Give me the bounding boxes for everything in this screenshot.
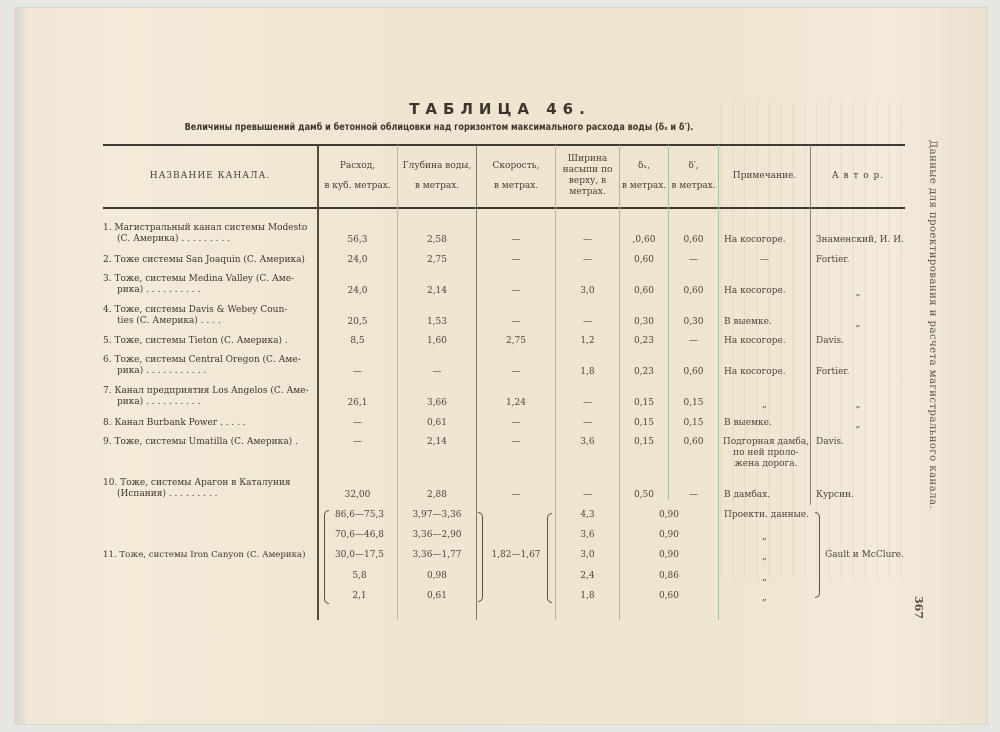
left-brace	[547, 513, 552, 603]
row-11-flow-1: 86,6—75,3	[320, 510, 399, 521]
row-1-depth: 2,58	[398, 235, 476, 246]
row-5-width: 1,2	[556, 336, 619, 347]
row-8-width: —	[556, 418, 619, 429]
table-title: ТАБЛИЦА 46.	[0, 100, 1000, 118]
row-8-name: 8. Канал Burbank Power . . . . .	[103, 418, 315, 429]
table-subtitle: Величины превышений дамб и бетонной обли…	[124, 122, 754, 133]
row-10-depth: 2,88	[398, 490, 476, 501]
header-author: А в т о р.	[811, 146, 905, 206]
header-width: Ширина насыпи по верху, в метрах.	[556, 146, 619, 206]
row-9-note: Подгорная дамба,по ней проло-жена дорога…	[722, 437, 810, 470]
row-5-name: 5. Тоже, системы Tieton (С. Америка) .	[103, 336, 315, 347]
header-label: δ′,	[688, 161, 698, 172]
row-11-depth-5: 0,61	[398, 591, 476, 602]
row-11-width-4: 2,4	[556, 571, 619, 582]
row-4-width: —	[556, 317, 619, 328]
row-4-delta-prime: 0,30	[669, 317, 718, 328]
row-10-author: Курсин.	[816, 490, 854, 501]
row-3-depth: 2,14	[398, 286, 476, 297]
row-11-depth-2: 3,36—2,90	[398, 530, 476, 541]
row-11-flow-4: 5,8	[320, 571, 399, 582]
row-1-author: Знаменский, И. И.	[816, 235, 904, 246]
row-11-flow-5: 2,1	[320, 591, 399, 602]
row-4-flow: 20,5	[318, 317, 397, 328]
row-11-flow-3: 30,0—17,5	[320, 550, 399, 561]
row-11-depth-1: 3,97—3,36	[398, 510, 476, 521]
row-6-author: Fortier.	[816, 367, 849, 378]
row-2-delta-x: 0,60	[620, 255, 668, 266]
row-2-author: Fortier.	[816, 255, 849, 266]
row-11-delta-1: 0,90	[620, 510, 718, 521]
row-8-flow: —	[318, 418, 397, 429]
row-8-speed: —	[477, 418, 555, 429]
row-4-author: „	[811, 319, 905, 330]
column-divider	[718, 145, 719, 620]
right-brace	[815, 512, 820, 598]
row-2-depth: 2,75	[398, 255, 476, 266]
row-11-note-2: „	[719, 532, 810, 543]
row-5-note: На косогоре.	[724, 336, 786, 347]
header-flow: Расход,в куб. метрах.	[318, 146, 397, 206]
row-1-speed: —	[477, 235, 555, 246]
column-divider	[619, 145, 620, 620]
row-7-name: 7. Канал предприятия Los Angelos (С. Аме…	[103, 386, 315, 408]
row-7-flow: 26,1	[318, 398, 397, 409]
header-label: Ширина насыпи по верху, в метрах.	[560, 154, 615, 198]
row-11-flow-2: 70,6—46,8	[320, 530, 399, 541]
row-4-delta-x: 0,30	[620, 317, 668, 328]
row-11-depth-4: 0,98	[398, 571, 476, 582]
header-bottom-rule	[103, 207, 905, 209]
row-10-delta-prime: —	[669, 490, 718, 501]
column-divider	[555, 145, 556, 620]
row-1-name: 1. Магистральный канал системы Modesto(С…	[103, 223, 315, 245]
header-label: δₓ,	[638, 161, 650, 172]
row-9-author: Davis.	[816, 437, 844, 448]
row-10-name: 10. Тоже, системы Арагон в Каталуния(Исп…	[103, 478, 315, 500]
header-sublabel: в метрах.	[622, 181, 666, 192]
row-6-speed: —	[477, 367, 555, 378]
row-1-delta-prime: 0,60	[669, 235, 718, 246]
column-divider	[476, 145, 477, 620]
header-sublabel: в метрах.	[415, 181, 459, 192]
column-divider	[397, 145, 398, 620]
row-5-speed: 2,75	[477, 336, 555, 347]
header-label: НАЗВАНИЕ КАНАЛА.	[150, 171, 270, 182]
row-5-delta-x: 0,23	[620, 336, 668, 347]
row-10-note: В дамбах.	[724, 490, 770, 501]
row-6-depth: —	[398, 367, 476, 378]
row-8-delta-x: 0,15	[620, 418, 668, 429]
row-5-delta-prime: —	[669, 336, 718, 347]
row-5-flow: 8,5	[318, 336, 397, 347]
row-7-delta-prime: 0,15	[669, 398, 718, 409]
row-1-note: На косогоре.	[724, 235, 786, 246]
row-7-delta-x: 0,15	[620, 398, 668, 409]
row-11-delta-2: 0,90	[620, 530, 718, 541]
header-label: Глубина воды,	[403, 161, 472, 172]
row-3-note: На косогоре.	[724, 286, 786, 297]
row-7-width: —	[556, 398, 619, 409]
row-5-depth: 1,60	[398, 336, 476, 347]
row-4-depth: 1,53	[398, 317, 476, 328]
row-7-speed: 1,24	[477, 398, 555, 409]
row-11-note-4: „	[719, 573, 810, 584]
row-9-flow: —	[318, 437, 397, 448]
row-8-author: „	[811, 420, 905, 431]
running-head: Данные для проектирования и расчета маги…	[908, 140, 938, 620]
header-delta-prime: δ′,в метрах.	[669, 146, 718, 206]
row-11-note-1: Проекти. данные.	[724, 510, 809, 521]
row-7-note: „	[719, 400, 810, 411]
row-6-width: 1,8	[556, 367, 619, 378]
row-11-width-3: 3,0	[556, 550, 619, 561]
header-label: А в т о р.	[832, 171, 884, 182]
row-9-depth: 2,14	[398, 437, 476, 448]
page-number: 367	[912, 596, 925, 619]
row-11-delta-5: 0,60	[620, 591, 718, 602]
row-11-name: 11. Тоже, системы Iron Canyon (С. Америк…	[103, 550, 315, 561]
row-9-delta-x: 0,15	[620, 437, 668, 448]
header-delta-x: δₓ,в метрах.	[620, 146, 668, 206]
row-11-width-2: 3,6	[556, 530, 619, 541]
row-2-speed: —	[477, 255, 555, 266]
row-3-flow: 24,0	[318, 286, 397, 297]
row-1-delta-x: ,0,60	[620, 235, 668, 246]
row-10-speed: —	[477, 490, 555, 501]
row-4-note: В выемке.	[724, 317, 772, 328]
header-speed: Скорость,в метрах.	[477, 146, 555, 206]
row-5-author: Davis.	[816, 336, 844, 347]
row-3-delta-prime: 0,60	[669, 286, 718, 297]
row-11-note-3: „	[719, 552, 810, 563]
row-2-flow: 24,0	[318, 255, 397, 266]
row-11-speed: 1,82—1,67	[477, 550, 555, 561]
column-divider	[317, 145, 319, 620]
row-6-delta-x: 0,23	[620, 367, 668, 378]
row-6-note: На косогоре.	[724, 367, 786, 378]
row-2-delta-prime: —	[669, 255, 718, 266]
row-4-name: 4. Тоже, системы Davis & Webey Coun-ties…	[103, 305, 315, 327]
row-1-flow: 56,3	[318, 235, 397, 246]
row-8-note: В выемке.	[724, 418, 772, 429]
header-canal-name: НАЗВАНИЕ КАНАЛА.	[103, 146, 317, 206]
row-9-name: 9. Тоже, системы Umatilla (С. Америка) .	[103, 437, 315, 448]
header-sublabel: в метрах.	[494, 181, 538, 192]
row-11-delta-4: 0,86	[620, 571, 718, 582]
row-2-width: —	[556, 255, 619, 266]
row-7-depth: 3,66	[398, 398, 476, 409]
row-11-author: Gault и McClure.	[825, 550, 904, 561]
row-10-flow: 32,00	[318, 490, 397, 501]
header-label: Расход,	[340, 161, 375, 172]
row-2-name: 2. Тоже системы San Joaquin (С. Америка)	[103, 255, 315, 266]
row-11-width-5: 1,8	[556, 591, 619, 602]
row-3-speed: —	[477, 286, 555, 297]
row-6-delta-prime: 0,60	[669, 367, 718, 378]
header-label: Примечание.	[733, 171, 796, 182]
row-2-note: —	[719, 255, 810, 266]
row-10-delta-x: 0,50	[620, 490, 668, 501]
row-8-depth: 0,61	[398, 418, 476, 429]
row-9-delta-prime: 0,60	[669, 437, 718, 448]
row-1-width: —	[556, 235, 619, 246]
row-3-name: 3. Тоже, системы Medina Valley (С. Аме-р…	[103, 274, 315, 296]
row-3-width: 3,0	[556, 286, 619, 297]
header-sublabel: в метрах.	[671, 181, 715, 192]
row-8-delta-prime: 0,15	[669, 418, 718, 429]
row-7-author: „	[811, 400, 905, 411]
row-10-width: —	[556, 490, 619, 501]
row-6-flow: —	[318, 367, 397, 378]
row-9-width: 3,6	[556, 437, 619, 448]
header-depth: Глубина воды,в метрах.	[398, 146, 476, 206]
row-9-speed: —	[477, 437, 555, 448]
row-11-width-1: 4,3	[556, 510, 619, 521]
row-11-depth-3: 3,36—1,77	[398, 550, 476, 561]
row-6-name: 6. Тоже, системы Central Oregon (С. Аме-…	[103, 355, 315, 377]
header-label: Скорость,	[493, 161, 540, 172]
row-3-author: „	[811, 288, 905, 299]
row-11-delta-3: 0,90	[620, 550, 718, 561]
row-11-note-5: „	[719, 593, 810, 604]
row-4-speed: —	[477, 317, 555, 328]
row-3-delta-x: 0,60	[620, 286, 668, 297]
header-note: Примечание.	[719, 146, 810, 206]
header-sublabel: в куб. метрах.	[324, 181, 390, 192]
